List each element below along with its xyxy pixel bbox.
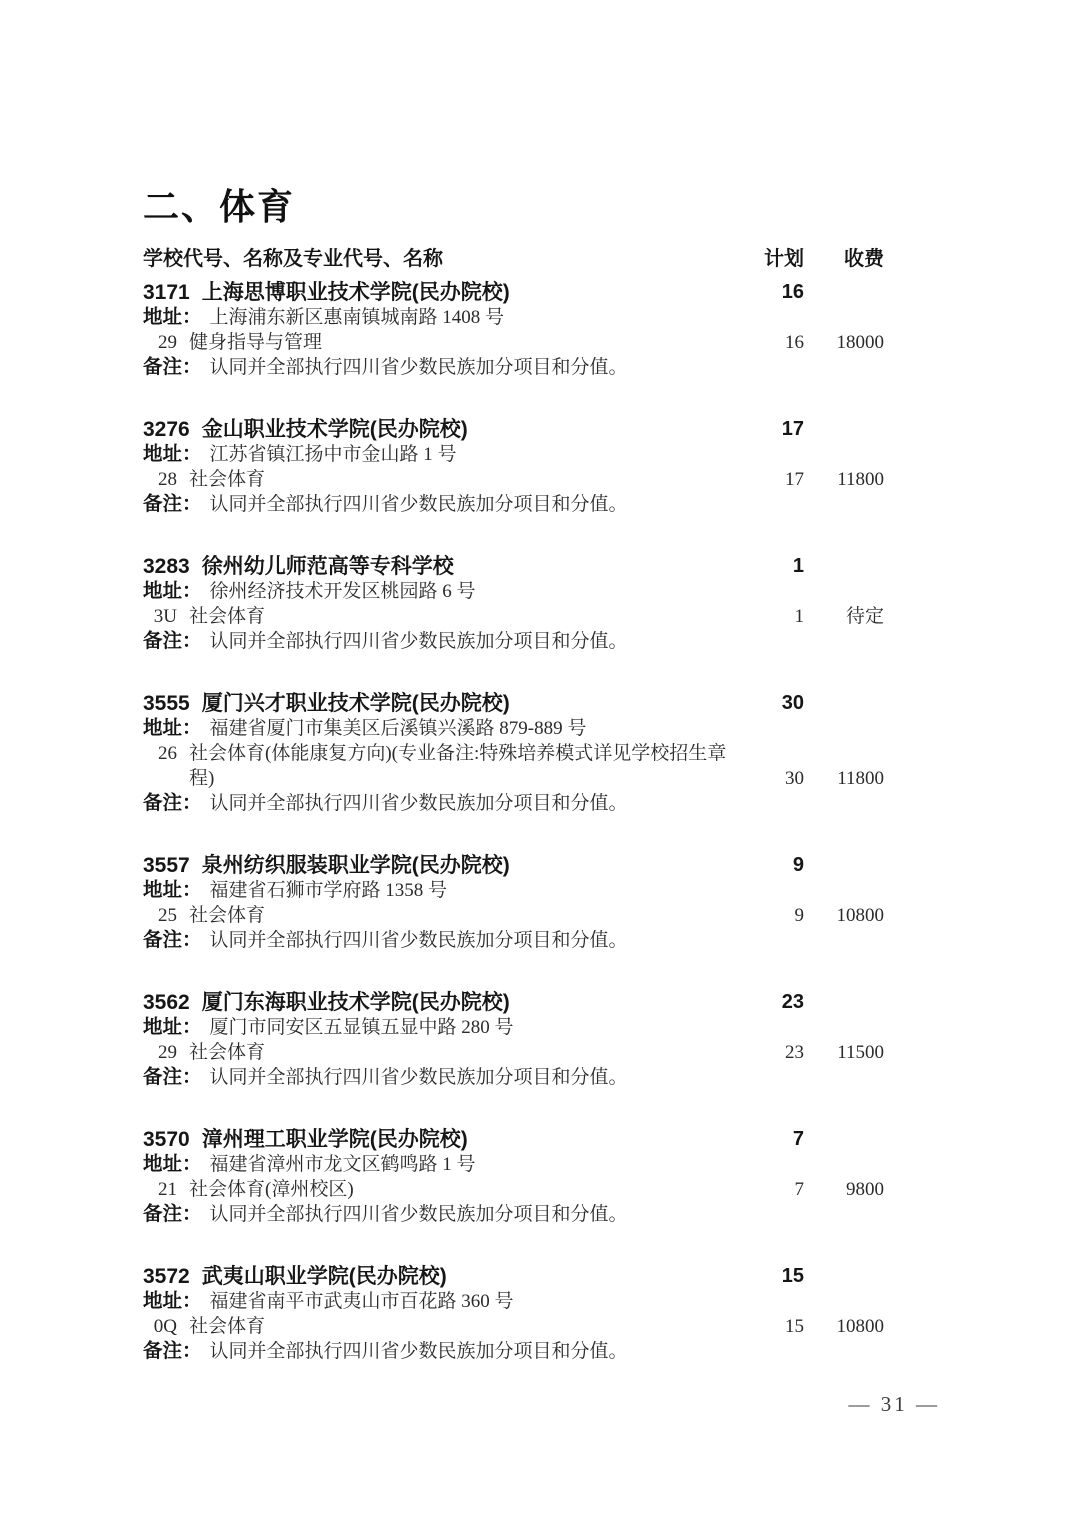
school-name: 徐州幼儿师范高等专科学校 <box>202 555 454 578</box>
table-header: 学校代号、名称及专业代号、名称 计划 收费 <box>143 247 884 272</box>
note-text: 认同并全部执行四川省少数民族加分项目和分值。 <box>210 793 628 814</box>
school-title: 3572武夷山职业学院(民办院校) <box>143 1264 734 1289</box>
column-header-plan: 计划 <box>734 247 804 272</box>
school-row: 3283徐州幼儿师范高等专科学校 1 <box>143 554 884 579</box>
major-fee: 待定 <box>804 604 884 629</box>
school-plan: 7 <box>734 1127 804 1152</box>
major-row: 28 社会体育 17 11800 <box>143 467 884 492</box>
major-plan: 15 <box>734 1314 804 1339</box>
note-text: 认同并全部执行四川省少数民族加分项目和分值。 <box>210 494 628 515</box>
school-row: 3171上海思博职业技术学院(民办院校) 16 <box>143 280 884 305</box>
section-title: 二、体育 <box>143 185 884 229</box>
major-rows: 21 社会体育(漳州校区) 7 9800 <box>143 1177 884 1202</box>
school-plan: 16 <box>734 280 804 305</box>
note-row: 备注：认同并全部执行四川省少数民族加分项目和分值。 <box>143 492 884 517</box>
school-code: 3562 <box>143 991 190 1014</box>
address-label: 地址： <box>143 580 202 602</box>
major-code: 3U <box>149 604 177 629</box>
school-name: 漳州理工职业学院(民办院校) <box>202 1128 468 1151</box>
major-fee: 11800 <box>804 766 884 791</box>
note-label: 备注： <box>143 630 202 652</box>
major-row: 3U 社会体育 1 待定 <box>143 604 884 629</box>
column-header-fee: 收费 <box>804 247 884 272</box>
major-name: 社会体育(体能康复方向)(专业备注:特殊培养模式详见学校招生章程) <box>189 741 734 791</box>
major-fee: 11500 <box>804 1040 884 1065</box>
school-row: 3555厦门兴才职业技术学院(民办院校) 30 <box>143 691 884 716</box>
school-plan: 30 <box>734 691 804 716</box>
address-label: 地址： <box>143 879 202 901</box>
school-title: 3283徐州幼儿师范高等专科学校 <box>143 554 734 579</box>
major-fee: 9800 <box>804 1177 884 1202</box>
school-block: 3283徐州幼儿师范高等专科学校 1 地址：徐州经济技术开发区桃园路 6 号 3… <box>143 554 884 654</box>
major-rows: 29 健身指导与管理 16 18000 <box>143 330 884 355</box>
address-row: 地址：厦门市同安区五显镇五显中路 280 号 <box>143 1015 884 1040</box>
major-plan: 1 <box>734 604 804 629</box>
school-code: 3572 <box>143 1265 190 1288</box>
school-name: 上海思博职业技术学院(民办院校) <box>202 281 510 304</box>
school-name: 泉州纺织服装职业学院(民办院校) <box>202 854 510 877</box>
note-text: 认同并全部执行四川省少数民族加分项目和分值。 <box>210 1341 628 1362</box>
address-label: 地址： <box>143 443 202 465</box>
major-rows: 26 社会体育(体能康复方向)(专业备注:特殊培养模式详见学校招生章程) 30 … <box>143 741 884 791</box>
major-name: 健身指导与管理 <box>189 330 734 355</box>
major-name: 社会体育 <box>189 467 734 492</box>
major-plan: 30 <box>734 766 804 791</box>
address-label: 地址： <box>143 1153 202 1175</box>
address-label: 地址： <box>143 1016 202 1038</box>
school-title: 3555厦门兴才职业技术学院(民办院校) <box>143 691 734 716</box>
school-plan: 17 <box>734 417 804 442</box>
school-code: 3283 <box>143 555 190 578</box>
note-row: 备注：认同并全部执行四川省少数民族加分项目和分值。 <box>143 1339 884 1364</box>
school-name: 厦门东海职业技术学院(民办院校) <box>202 991 510 1014</box>
major-rows: 29 社会体育 23 11500 <box>143 1040 884 1065</box>
note-label: 备注： <box>143 493 202 515</box>
major-fee: 18000 <box>804 330 884 355</box>
address-row: 地址：福建省厦门市集美区后溪镇兴溪路 879-889 号 <box>143 716 884 741</box>
address-text: 福建省厦门市集美区后溪镇兴溪路 879-889 号 <box>210 718 587 739</box>
address-label: 地址： <box>143 1290 202 1312</box>
school-block: 3555厦门兴才职业技术学院(民办院校) 30 地址：福建省厦门市集美区后溪镇兴… <box>143 691 884 816</box>
address-text: 福建省南平市武夷山市百花路 360 号 <box>210 1291 514 1312</box>
school-name: 金山职业技术学院(民办院校) <box>202 418 468 441</box>
major-plan: 23 <box>734 1040 804 1065</box>
school-block: 3570漳州理工职业学院(民办院校) 7 地址：福建省漳州市龙文区鹤鸣路 1 号… <box>143 1127 884 1227</box>
note-text: 认同并全部执行四川省少数民族加分项目和分值。 <box>210 1067 628 1088</box>
school-title: 3562厦门东海职业技术学院(民办院校) <box>143 990 734 1015</box>
school-block: 3557泉州纺织服装职业学院(民办院校) 9 地址：福建省石狮市学府路 1358… <box>143 853 884 953</box>
note-row: 备注：认同并全部执行四川省少数民族加分项目和分值。 <box>143 355 884 380</box>
major-name: 社会体育 <box>189 903 734 928</box>
major-fee: 11800 <box>804 467 884 492</box>
note-text: 认同并全部执行四川省少数民族加分项目和分值。 <box>210 357 628 378</box>
note-row: 备注：认同并全部执行四川省少数民族加分项目和分值。 <box>143 791 884 816</box>
note-label: 备注： <box>143 1203 202 1225</box>
school-name: 武夷山职业学院(民办院校) <box>202 1265 447 1288</box>
school-block: 3171上海思博职业技术学院(民办院校) 16 地址：上海浦东新区惠南镇城南路 … <box>143 280 884 380</box>
school-row: 3572武夷山职业学院(民办院校) 15 <box>143 1264 884 1289</box>
note-label: 备注： <box>143 929 202 951</box>
major-fee: 10800 <box>804 903 884 928</box>
major-code: 29 <box>149 1040 177 1065</box>
major-fee: 10800 <box>804 1314 884 1339</box>
major-code: 21 <box>149 1177 177 1202</box>
school-list: 3171上海思博职业技术学院(民办院校) 16 地址：上海浦东新区惠南镇城南路 … <box>143 280 884 1364</box>
major-row: 26 社会体育(体能康复方向)(专业备注:特殊培养模式详见学校招生章程) 30 … <box>143 741 884 791</box>
major-row: 29 健身指导与管理 16 18000 <box>143 330 884 355</box>
major-code: 25 <box>149 903 177 928</box>
major-name: 社会体育 <box>189 604 734 629</box>
school-title: 3276金山职业技术学院(民办院校) <box>143 417 734 442</box>
note-row: 备注：认同并全部执行四川省少数民族加分项目和分值。 <box>143 629 884 654</box>
major-name: 社会体育 <box>189 1040 734 1065</box>
school-plan: 9 <box>734 853 804 878</box>
major-row: 21 社会体育(漳州校区) 7 9800 <box>143 1177 884 1202</box>
address-text: 上海浦东新区惠南镇城南路 1408 号 <box>210 307 505 328</box>
major-row: 29 社会体育 23 11500 <box>143 1040 884 1065</box>
major-rows: 28 社会体育 17 11800 <box>143 467 884 492</box>
school-code: 3555 <box>143 692 190 715</box>
address-label: 地址： <box>143 306 202 328</box>
note-label: 备注： <box>143 1340 202 1362</box>
major-code: 26 <box>149 741 177 766</box>
address-row: 地址：福建省南平市武夷山市百花路 360 号 <box>143 1289 884 1314</box>
school-row: 3557泉州纺织服装职业学院(民办院校) 9 <box>143 853 884 878</box>
school-name: 厦门兴才职业技术学院(民办院校) <box>202 692 510 715</box>
address-label: 地址： <box>143 717 202 739</box>
school-block: 3276金山职业技术学院(民办院校) 17 地址：江苏省镇江扬中市金山路 1 号… <box>143 417 884 517</box>
school-code: 3276 <box>143 418 190 441</box>
address-text: 徐州经济技术开发区桃园路 6 号 <box>210 581 476 602</box>
address-row: 地址：福建省漳州市龙文区鹤鸣路 1 号 <box>143 1152 884 1177</box>
document-page: 二、体育 学校代号、名称及专业代号、名称 计划 收费 3171上海思博职业技术学… <box>0 0 1080 1527</box>
note-text: 认同并全部执行四川省少数民族加分项目和分值。 <box>210 1204 628 1225</box>
note-row: 备注：认同并全部执行四川省少数民族加分项目和分值。 <box>143 1202 884 1227</box>
address-text: 福建省石狮市学府路 1358 号 <box>210 880 448 901</box>
school-block: 3562厦门东海职业技术学院(民办院校) 23 地址：厦门市同安区五显镇五显中路… <box>143 990 884 1090</box>
note-text: 认同并全部执行四川省少数民族加分项目和分值。 <box>210 930 628 951</box>
major-plan: 9 <box>734 903 804 928</box>
note-text: 认同并全部执行四川省少数民族加分项目和分值。 <box>210 631 628 652</box>
major-name: 社会体育 <box>189 1314 734 1339</box>
note-label: 备注： <box>143 1066 202 1088</box>
major-plan: 7 <box>734 1177 804 1202</box>
address-row: 地址：徐州经济技术开发区桃园路 6 号 <box>143 579 884 604</box>
major-code: 0Q <box>149 1314 177 1339</box>
school-row: 3276金山职业技术学院(民办院校) 17 <box>143 417 884 442</box>
major-plan: 17 <box>734 467 804 492</box>
school-code: 3557 <box>143 854 190 877</box>
major-code: 29 <box>149 330 177 355</box>
major-row: 25 社会体育 9 10800 <box>143 903 884 928</box>
school-title: 3570漳州理工职业学院(民办院校) <box>143 1127 734 1152</box>
note-label: 备注： <box>143 356 202 378</box>
school-code: 3570 <box>143 1128 190 1151</box>
major-rows: 3U 社会体育 1 待定 <box>143 604 884 629</box>
school-plan: 23 <box>734 990 804 1015</box>
school-plan: 1 <box>734 554 804 579</box>
school-title: 3557泉州纺织服装职业学院(民办院校) <box>143 853 734 878</box>
major-name: 社会体育(漳州校区) <box>189 1177 734 1202</box>
school-row: 3562厦门东海职业技术学院(民办院校) 23 <box>143 990 884 1015</box>
school-row: 3570漳州理工职业学院(民办院校) 7 <box>143 1127 884 1152</box>
major-code: 28 <box>149 467 177 492</box>
major-rows: 0Q 社会体育 15 10800 <box>143 1314 884 1339</box>
school-code: 3171 <box>143 281 190 304</box>
address-row: 地址：福建省石狮市学府路 1358 号 <box>143 878 884 903</box>
school-title: 3171上海思博职业技术学院(民办院校) <box>143 280 734 305</box>
major-row: 0Q 社会体育 15 10800 <box>143 1314 884 1339</box>
page-content: 二、体育 学校代号、名称及专业代号、名称 计划 收费 3171上海思博职业技术学… <box>143 185 884 1364</box>
major-rows: 25 社会体育 9 10800 <box>143 903 884 928</box>
column-header-school: 学校代号、名称及专业代号、名称 <box>143 247 734 272</box>
address-row: 地址：上海浦东新区惠南镇城南路 1408 号 <box>143 305 884 330</box>
major-plan: 16 <box>734 330 804 355</box>
note-row: 备注：认同并全部执行四川省少数民族加分项目和分值。 <box>143 1065 884 1090</box>
address-text: 江苏省镇江扬中市金山路 1 号 <box>210 444 457 465</box>
page-number: — 31 — <box>849 1392 941 1417</box>
school-block: 3572武夷山职业学院(民办院校) 15 地址：福建省南平市武夷山市百花路 36… <box>143 1264 884 1364</box>
note-row: 备注：认同并全部执行四川省少数民族加分项目和分值。 <box>143 928 884 953</box>
note-label: 备注： <box>143 792 202 814</box>
address-text: 福建省漳州市龙文区鹤鸣路 1 号 <box>210 1154 476 1175</box>
school-plan: 15 <box>734 1264 804 1289</box>
address-text: 厦门市同安区五显镇五显中路 280 号 <box>210 1017 514 1038</box>
address-row: 地址：江苏省镇江扬中市金山路 1 号 <box>143 442 884 467</box>
